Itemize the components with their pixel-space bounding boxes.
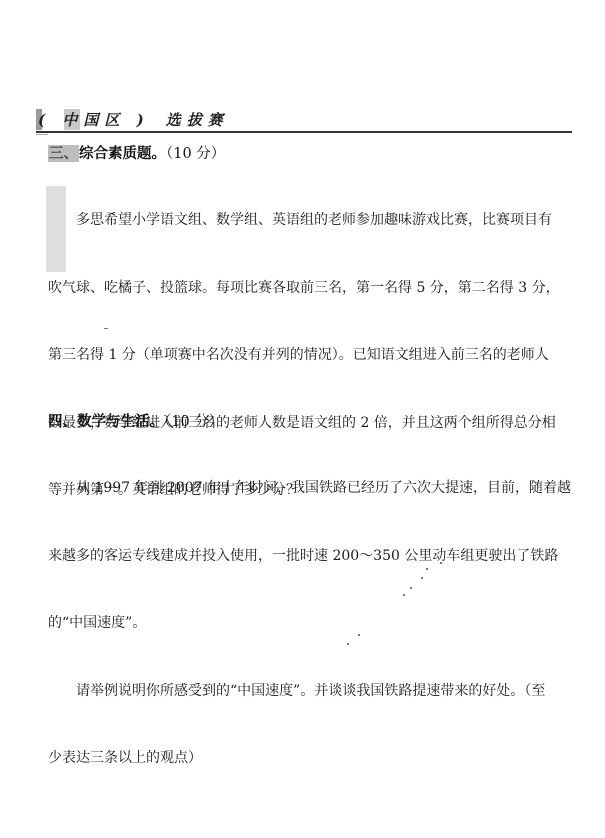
scan-speck xyxy=(403,594,405,596)
header-rule xyxy=(36,131,572,133)
scan-speck xyxy=(358,634,360,636)
section-4-line: 来越多的客运专线建成并投入使用，一批时速 200～350 公里动车组更驶出了铁路 xyxy=(48,545,568,568)
header-open-paren: ( xyxy=(38,111,51,129)
scan-speck xyxy=(104,328,108,329)
section-3-number: 三、 xyxy=(48,145,79,162)
header-region: ( 中国区 ) xyxy=(36,109,152,130)
header-contest-name: 选拔赛 xyxy=(166,109,229,130)
scan-speck xyxy=(440,562,442,564)
section-4-number: 四、 xyxy=(48,413,77,430)
section-4-line: 的“中国速度”。 xyxy=(48,612,568,635)
section-4-line: 从 1997 年到 2007 年十年时间，我国铁路已经历了六次大提速，目前，随着… xyxy=(48,477,568,500)
section-4-score: （10 分） xyxy=(164,414,223,430)
scan-speck xyxy=(426,568,428,570)
section-3-score: （10 分） xyxy=(166,146,225,162)
header-rule-mark xyxy=(36,134,48,135)
scan-speck xyxy=(421,577,423,579)
section-3-heading: 三、综合素质题。（10 分） xyxy=(48,142,225,163)
section-4-body: 从 1997 年到 2007 年十年时间，我国铁路已经历了六次大提速，目前，随着… xyxy=(48,432,568,792)
scan-speck xyxy=(410,587,412,589)
section-3-line: 吹气球、吃橘子、投篮球。每项比赛各取前三名，第一名得 5 分，第二名得 3 分， xyxy=(48,277,568,300)
section-4-line: 少表达三条以上的观点） xyxy=(48,747,568,770)
section-3-title: 综合素质题。 xyxy=(79,145,166,162)
header-region-name: 中国区 xyxy=(62,111,125,129)
section-4-line: 请举例说明你所感受到的“中国速度”。并谈谈我国铁路提速带来的好处。（至 xyxy=(48,680,568,703)
scan-speck xyxy=(347,643,349,645)
section-3-line: 第三名得 1 分（单项赛中名次没有并列的情况）。已知语文组进入前三名的老师人 xyxy=(48,344,568,367)
section-3-line: 多思希望小学语文组、数学组、英语组的老师参加趣味游戏比赛，比赛项目有 xyxy=(48,209,568,232)
page-header: ( 中国区 ) 选拔赛 xyxy=(36,108,229,130)
section-4-heading: 四、数学与生活。（10 分） xyxy=(48,410,223,431)
section-4-title: 数学与生活。 xyxy=(77,413,164,430)
header-close-paren: ) xyxy=(137,111,150,129)
